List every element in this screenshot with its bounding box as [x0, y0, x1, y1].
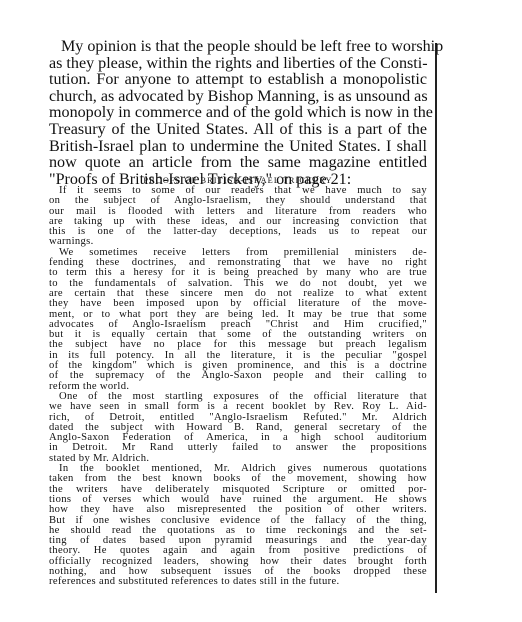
text-line: tution. For anyone to attempt to establi…: [49, 72, 427, 89]
intro-paragraph: My opinion is that the people should be …: [49, 39, 427, 188]
article-paragraph: One of the most startling exposures of t…: [49, 392, 427, 464]
text-line: this is one of the latter-day deceptions…: [49, 227, 427, 237]
article-paragraph: We sometimes receive letters from premil…: [49, 248, 427, 392]
article-paragraph: If it seems to some of our readers that …: [49, 186, 427, 248]
text-line: we have seen in small form is a recent b…: [49, 402, 427, 412]
text-line: British-Israel plan to undermine the Uni…: [49, 139, 427, 156]
text-line: now quote an article from the same magaz…: [49, 155, 427, 172]
article-paragraph: In the booklet mentioned, Mr. Aldrich gi…: [49, 464, 427, 588]
text-line: how they have also misrepresented the po…: [49, 505, 427, 515]
text-line: Treasury of the United States. All of th…: [49, 122, 427, 139]
text-line: as they please, within the rights and li…: [49, 56, 427, 73]
text-line: church, as advocated by Bishop Manning, …: [49, 89, 427, 106]
article-body: If it seems to some of our readers that …: [49, 186, 427, 588]
text-line: references and substituted references to…: [49, 577, 427, 587]
margin-rule: [435, 43, 437, 593]
document-page: My opinion is that the people should be …: [0, 0, 522, 622]
text-line: My opinion is that the people should be …: [49, 39, 427, 56]
text-line: monopoly in commerce and of the gold whi…: [49, 105, 427, 122]
